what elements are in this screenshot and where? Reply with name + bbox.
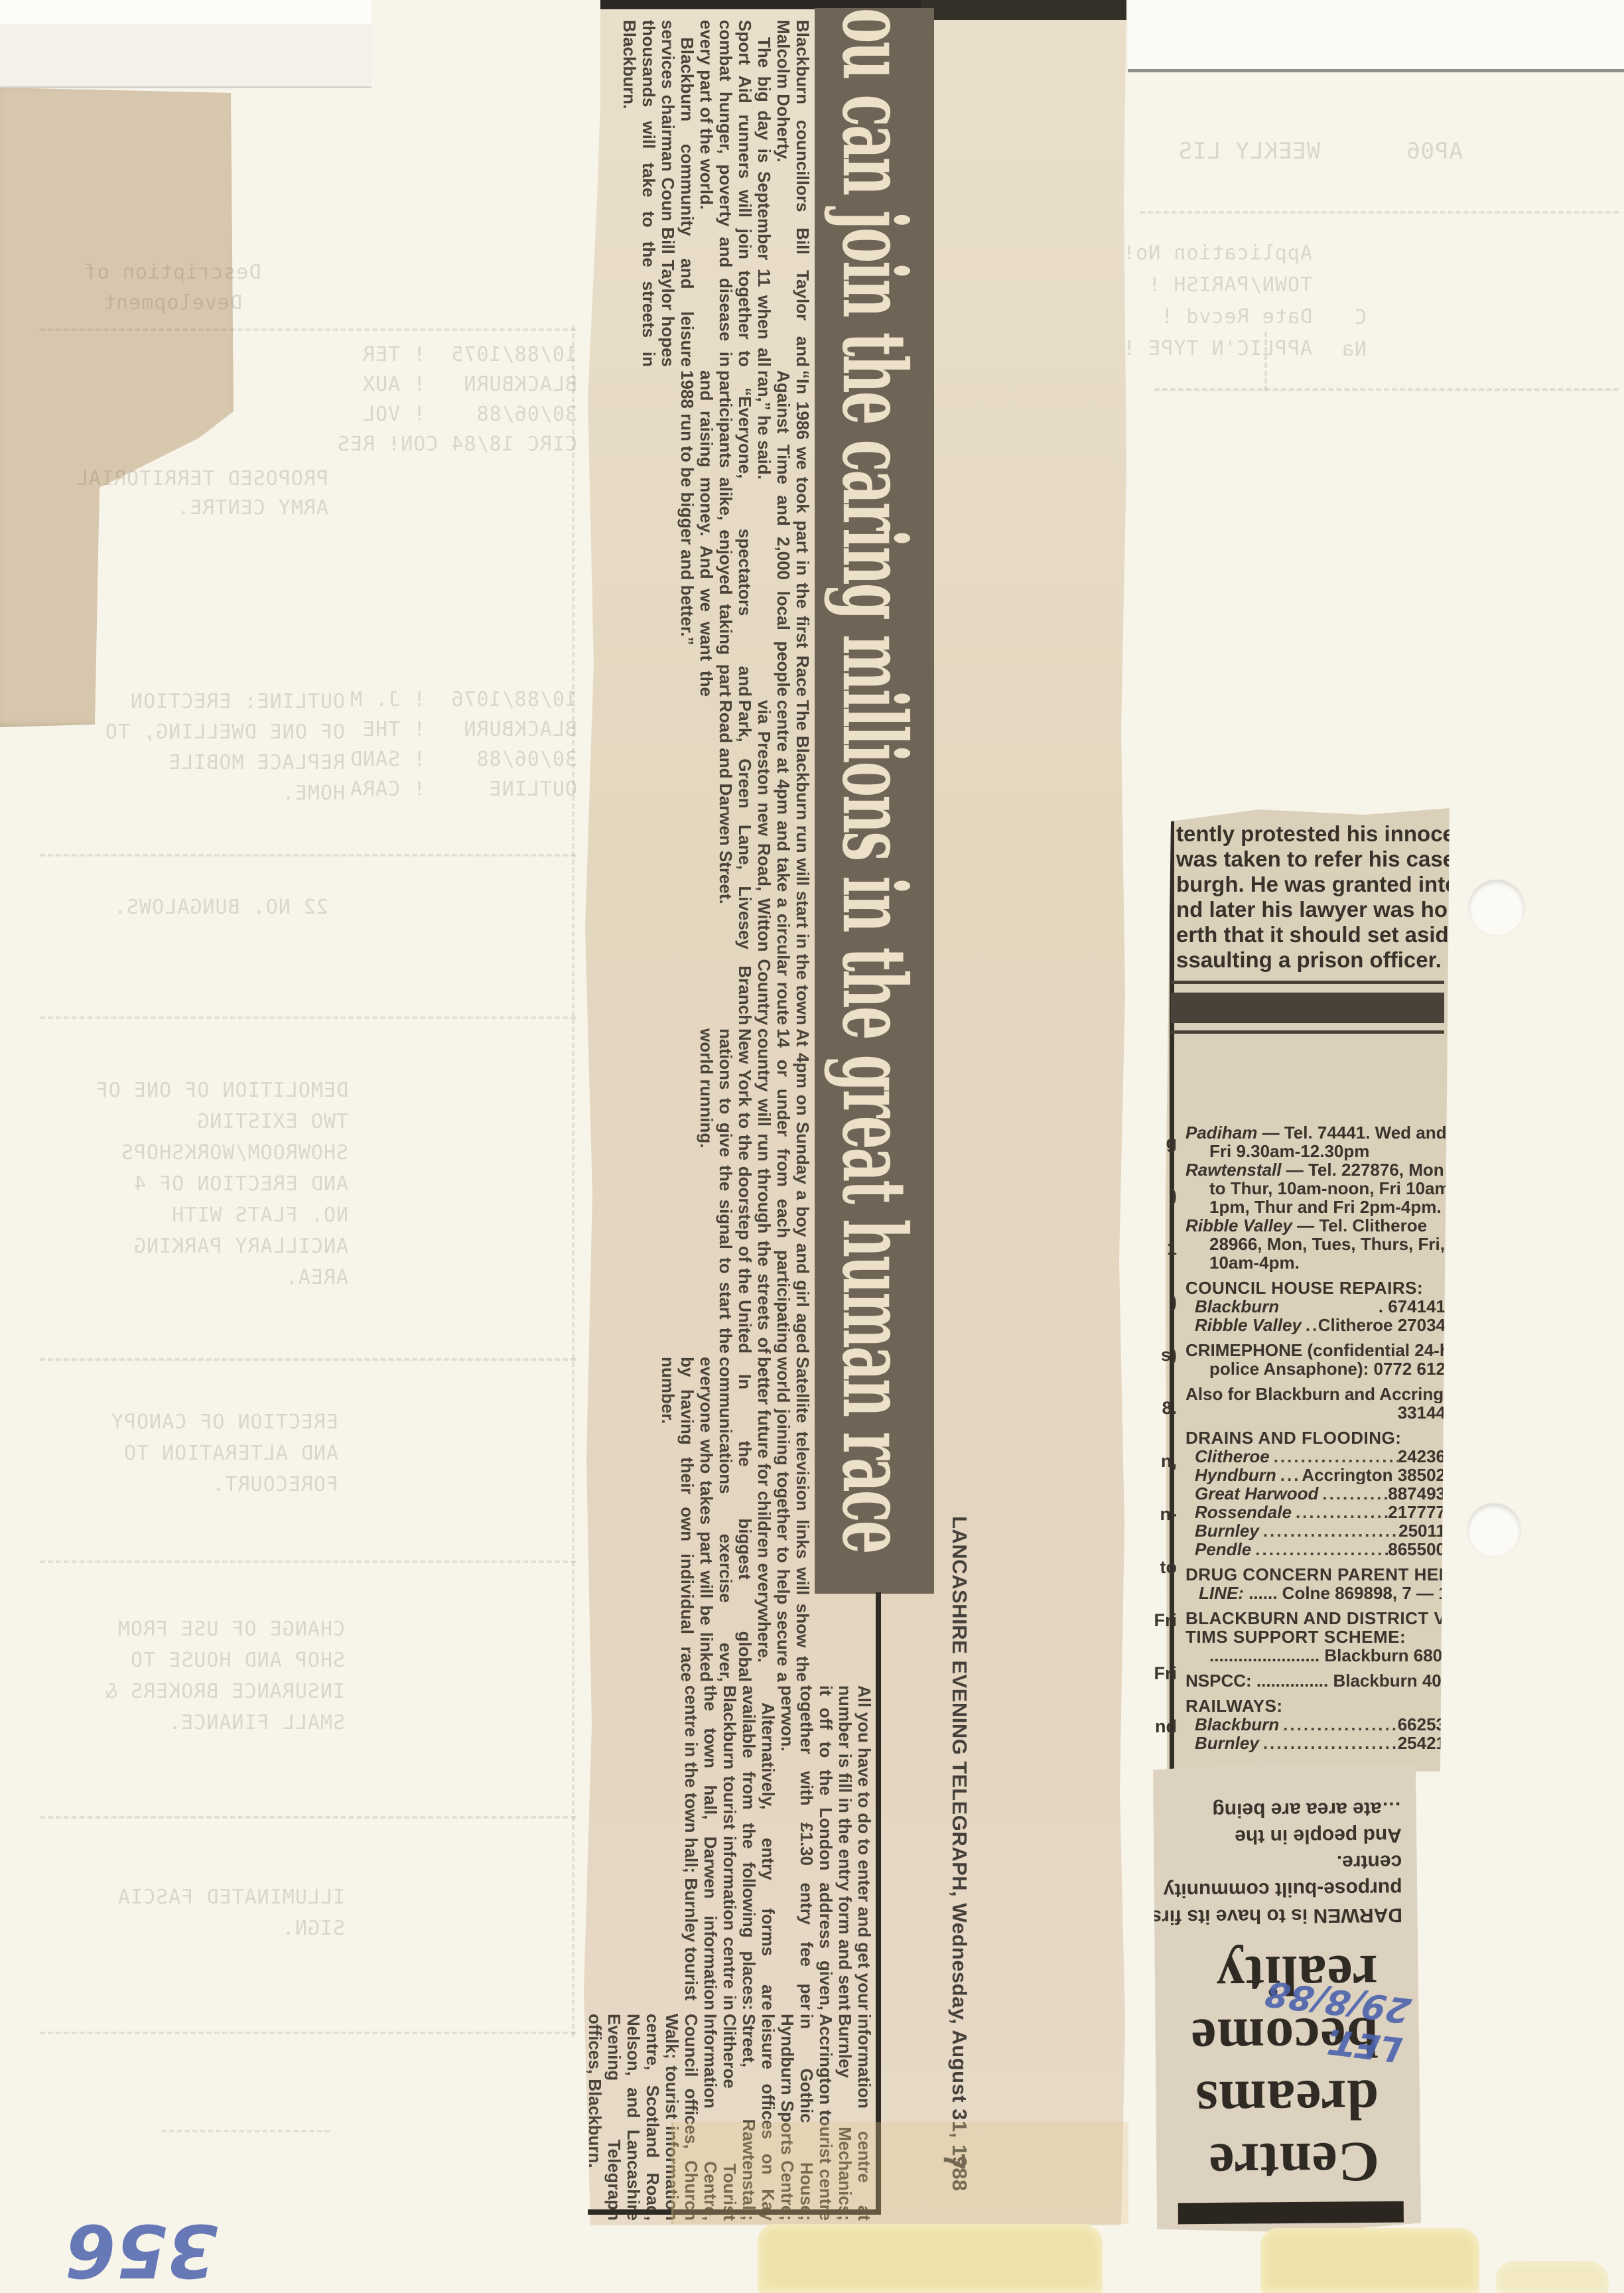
- flipped-headline-word: dreams: [1168, 2069, 1379, 2133]
- contact-number: 887493: [1388, 1484, 1446, 1503]
- bleed-line: C: [1327, 302, 1367, 334]
- contacts-list: Padiham — Tel. 74441. Wed andFri 9.30am-…: [1185, 1123, 1446, 1752]
- bleed-line: OUTLINE: ERECTION: [86, 687, 345, 717]
- contact-name: Burnley: [1185, 1521, 1259, 1540]
- article-paragraph: Satellite television links will show the…: [754, 1357, 812, 1682]
- yellow-tape: [1496, 2261, 1609, 2293]
- contact-line: 33144: [1185, 1403, 1446, 1422]
- contact-name: Blackburn: [1185, 1297, 1279, 1316]
- bleed-line: AND ERECTION OF 4: [83, 1168, 348, 1200]
- contact-name: CRIMEPHONE: [1185, 1341, 1302, 1359]
- edge-fragment: Fri: [1142, 1594, 1177, 1647]
- contact-number: Clitheroe 27034: [1318, 1316, 1446, 1334]
- contact-line: police Ansaphone): 0772 612222: [1185, 1359, 1446, 1378]
- bleed-row-outline-dwelling: OUTLINE: ERECTIONOF ONE DWELLING, TOREPL…: [86, 687, 345, 809]
- contact-number: 217777: [1388, 1503, 1446, 1521]
- article-paragraph: The big day is September 11 when all Spo…: [697, 20, 774, 367]
- clipping-top-line: ssaulting a prison officer.: [1176, 947, 1448, 973]
- contact-text: 33144: [1398, 1403, 1446, 1422]
- bleed-dash-line: [40, 854, 576, 857]
- article-column-4: At 4pm on Sunday a boy and girl aged 14 …: [580, 1023, 813, 1359]
- contact-line: BLACKBURN AND DISTRICT VIC: [1185, 1609, 1446, 1628]
- bleed-line: INSURANCE BROKERS &: [86, 1676, 345, 1707]
- contact-line: TIMS SUPPORT SCHEME:: [1185, 1628, 1446, 1646]
- contact-name: NSPCC:: [1185, 1671, 1252, 1690]
- contact-text: BLACKBURN AND DISTRICT VIC: [1185, 1609, 1446, 1628]
- strip-headline: ou can join the caring millions in the g…: [815, 8, 934, 1553]
- dot-leader: ......: [1302, 1316, 1318, 1334]
- masthead: LANCASHIRE EVENING TELEGRAPH, Wednesday,…: [937, 1516, 971, 2100]
- contact-text: RAILWAYS:: [1185, 1697, 1283, 1715]
- bleed-dash-line: [1140, 211, 1619, 214]
- bleed-line: 10/88/1075 ! TER: [348, 340, 577, 370]
- contact-number: 66253: [1398, 1715, 1446, 1734]
- tape-band: [671, 2122, 1128, 2224]
- punch-hole: [1467, 1503, 1521, 1557]
- contact-line: Ribble Valley — Tel. Clitheroe: [1185, 1216, 1446, 1235]
- bleed-line: CHANGE OF USE FROM: [86, 1614, 345, 1645]
- bleed-line: 30/06/88 ! VOL: [348, 399, 577, 429]
- contact-line: Blackburn........................66253: [1185, 1715, 1446, 1734]
- contact-line: ....................... Blackburn 68044: [1185, 1646, 1446, 1665]
- edge-fragment: n,: [1142, 1434, 1177, 1488]
- dot-leader: ...............: [1318, 1484, 1388, 1503]
- bleed-line: SIGN.: [106, 1913, 345, 1944]
- scanned-scrapbook-page: AP06 WEEKLY LIS Application No!TOWN/PARI…: [0, 0, 1624, 2293]
- article-paragraph: In the biggest global communications exe…: [658, 1357, 754, 1682]
- contact-line: [1185, 1272, 1446, 1279]
- contact-line: DRUG CONCERN PARENT HELP: [1185, 1565, 1446, 1584]
- contact-name: Padiham: [1185, 1123, 1257, 1142]
- handwritten-number: 356: [78, 2208, 218, 2293]
- yellow-tape: [1260, 2228, 1479, 2293]
- edge-fragment: 1: [1142, 1222, 1177, 1275]
- flipped-body: DARWEN is to have its firstpurpose-built…: [1165, 1795, 1402, 1929]
- contact-line: COUNCIL HOUSE REPAIRS:: [1185, 1279, 1446, 1297]
- bleed-line: SHOWROOM/WORKSHOPS: [83, 1137, 348, 1168]
- bleed-line: APPLIC'N TYPE !: [1156, 333, 1312, 365]
- bleed-line: PROPOSED TERRITORIAL: [90, 464, 328, 494]
- top-left-sheet-band: [0, 24, 372, 88]
- contact-line: Ribble Valley......Clitheroe 27034: [1185, 1316, 1446, 1334]
- bleed-row-bungalows: 22 NO. BUNGALOWS.: [109, 892, 328, 923]
- article-paragraph: Blackburn community and leisure services…: [620, 20, 697, 367]
- bleed-dash-line: [40, 1561, 576, 1563]
- clipping-top-line: was taken to refer his case to: [1176, 847, 1448, 872]
- bleed-form-labels: Application No!TOWN/PARISH !Date Recvd !…: [1156, 238, 1312, 365]
- bleed-line: NO. FLATS WITH: [83, 1200, 348, 1231]
- contact-text: (confidential 24-hou: [1302, 1341, 1446, 1359]
- flipped-body-line: And people in the: [1166, 1821, 1402, 1850]
- bleed-vdash: [1264, 332, 1267, 391]
- contact-text: 1pm, Thur and Fri 2pm-4pm.: [1209, 1198, 1442, 1216]
- bleed-line: BLACKBURN ! AUX: [348, 370, 577, 399]
- contact-number: 865500: [1388, 1540, 1446, 1559]
- contact-line: RAILWAYS:: [1185, 1697, 1446, 1715]
- bleed-row-change-of-use: CHANGE OF USE FROMSHOP AND HOUSE TOINSUR…: [86, 1614, 345, 1738]
- contact-number: . 674141: [1379, 1297, 1446, 1316]
- article-column-3: The Blackburn run will start in the town…: [580, 695, 813, 1030]
- punch-hole: [1469, 880, 1524, 936]
- contact-number: 24236: [1398, 1447, 1446, 1466]
- bleed-line: DEMOLITION OF ONE OF: [83, 1075, 348, 1106]
- contact-text: COUNCIL HOUSE REPAIRS:: [1185, 1279, 1423, 1297]
- article-column-1: Blackburn councillors Bill Taylor and Ma…: [580, 15, 813, 372]
- bleed-dash-line: [1154, 388, 1619, 391]
- clipping-top-line: nd later his lawyer was hoping: [1176, 897, 1448, 922]
- contact-text: DRAINS AND FLOODING:: [1185, 1428, 1401, 1447]
- article-paragraph: Alternatively, entry forms are available…: [681, 1685, 778, 2010]
- contact-text: to Thur, 10am-noon, Fri 10am-: [1209, 1179, 1446, 1198]
- contact-line: [1185, 1422, 1446, 1428]
- contact-name: Blackburn: [1185, 1715, 1279, 1734]
- contact-name: Great Harwood: [1185, 1484, 1318, 1503]
- contact-line: NSPCC: ............... Blackburn 40633: [1185, 1671, 1446, 1690]
- contact-line: Hyndburn......Accrington 38502: [1185, 1466, 1446, 1484]
- contact-line: 28966, Mon, Tues, Thurs, Fri,: [1185, 1235, 1446, 1253]
- bleed-codes-2: 10/88/1076 ! J. MBLACKBURN ! THE30/06/88…: [348, 685, 577, 804]
- bleed-line: ERECTION OF CANOPY: [93, 1407, 338, 1438]
- contact-line: LINE: ...... Colne 869898, 7 — 11pm: [1185, 1584, 1446, 1602]
- contact-line: Padiham — Tel. 74441. Wed and: [1185, 1123, 1446, 1142]
- flipped-headline-word: Centre: [1168, 2131, 1380, 2195]
- contact-line: 10am-4pm.: [1185, 1253, 1446, 1272]
- contact-line: 1pm, Thur and Fri 2pm-4pm.: [1185, 1198, 1446, 1216]
- dot-leader: ...........................: [1259, 1734, 1398, 1752]
- contact-name: Burnley: [1185, 1734, 1259, 1752]
- contact-name: Rawtenstall: [1185, 1160, 1282, 1179]
- bleed-line: HOME.: [86, 778, 345, 809]
- bleed-vdash-column: [572, 325, 575, 2037]
- bleed-line: 30/06/88 ! SAND: [348, 744, 577, 774]
- bleed-row-demolition: DEMOLITION OF ONE OFTWO EXISTINGSHOWROOM…: [83, 1075, 348, 1293]
- bleed-line: FORECOURT.: [93, 1469, 338, 1500]
- article-paragraph: “In 1986 we took part in the first Race …: [754, 370, 812, 697]
- contact-text: Fri 9.30am-12.30pm: [1209, 1142, 1369, 1160]
- bleed-fragments: CNa: [1327, 302, 1367, 366]
- article-paragraph: At 4pm on Sunday a boy and girl aged 14 …: [697, 1028, 812, 1354]
- article-paragraph: All you have to do to enter and get your…: [778, 1685, 874, 2010]
- article-paragraph: Blackburn councillors Bill Taylor and Ma…: [774, 20, 812, 367]
- dot-leader: ...........................: [1270, 1447, 1398, 1466]
- contact-line: [1185, 1378, 1446, 1385]
- dot-leader: ..............................: [1259, 1521, 1398, 1540]
- contact-number: Accrington 38502: [1302, 1466, 1446, 1484]
- bleed-dash-line: [40, 1358, 576, 1361]
- thin-rule: [1171, 1030, 1444, 1034]
- bleed-dash-line: [40, 1016, 576, 1019]
- contact-text: ............... Blackburn 40633: [1252, 1671, 1446, 1690]
- bleed-form-header: AP06 WEEKLY LIS: [1131, 136, 1463, 167]
- bleed-codes-1: 10/88/1075 ! TERBLACKBURN ! AUX30/06/88 …: [348, 340, 577, 459]
- contact-line: Pendle.............................86550…: [1185, 1540, 1446, 1559]
- contact-text: — Tel. 74441. Wed and: [1257, 1123, 1446, 1142]
- contact-line: Great Harwood...............887493: [1185, 1484, 1446, 1503]
- contact-name: Ribble Valley: [1185, 1316, 1302, 1334]
- contact-text: Also for Blackburn and Accrington: [1185, 1385, 1446, 1403]
- contact-name: Rossendale: [1185, 1503, 1292, 1521]
- bleed-row-territorial: PROPOSED TERRITORIALARMY CENTRE.: [90, 464, 328, 523]
- thick-rule: [1171, 993, 1444, 1023]
- article-column-6: All you have to do to enter and get your…: [580, 1680, 875, 2016]
- bleed-line: BLACKBURN ! THE: [348, 715, 577, 744]
- edge-fragment: to: [1142, 1541, 1177, 1594]
- flipped-body-line: centre.: [1166, 1848, 1402, 1876]
- contact-name: Pendle: [1185, 1540, 1251, 1559]
- bleed-line: SHOP AND HOUSE TO: [86, 1645, 345, 1676]
- top-right-sheet-edge: [1128, 0, 1624, 69]
- contact-text: — Tel. Clitheroe: [1292, 1216, 1427, 1235]
- thin-rule: [1171, 981, 1444, 984]
- contact-line: Burnley..............................250…: [1185, 1521, 1446, 1540]
- strip-headline-band: ou can join the caring millions in the g…: [815, 8, 934, 1594]
- contact-name: Clitheroe: [1185, 1447, 1270, 1466]
- edge-fragment: g: [1142, 1116, 1177, 1169]
- article-column-2: “In 1986 we took part in the first Race …: [580, 365, 813, 702]
- contact-line: CRIMEPHONE (confidential 24-hou: [1185, 1341, 1446, 1359]
- edge-fragment: 8.: [1142, 1381, 1177, 1434]
- headline-top-rule: [1178, 2201, 1404, 2224]
- contact-line: [1185, 1665, 1446, 1671]
- contact-line: Rossendale......................217777: [1185, 1503, 1446, 1521]
- bleed-line: CIRC 18/84 CON! RES: [348, 429, 577, 459]
- bleed-line: TWO EXISTING: [83, 1106, 348, 1137]
- contact-line: DRAINS AND FLOODING:: [1185, 1428, 1446, 1447]
- contact-number: 25421: [1398, 1734, 1446, 1752]
- bleed-line: Date Recvd !: [1156, 301, 1312, 333]
- contact-text: 10am-4pm.: [1209, 1253, 1300, 1272]
- contact-line: [1185, 1690, 1446, 1697]
- bleed-line: OF ONE DWELLING, TO: [86, 717, 345, 748]
- contact-text: TIMS SUPPORT SCHEME:: [1185, 1628, 1406, 1646]
- dot-leader: ......: [1276, 1466, 1302, 1484]
- contact-line: Blackburn. 674141: [1185, 1297, 1446, 1316]
- contact-line: Also for Blackburn and Accrington: [1185, 1385, 1446, 1403]
- edge-fragment: nd: [1142, 1700, 1177, 1753]
- bleed-line: Development: [63, 288, 282, 318]
- bleed-row-fascia-sign: ILLUMINATED FASCIASIGN.: [106, 1882, 345, 1944]
- contact-line: to Thur, 10am-noon, Fri 10am-: [1185, 1179, 1446, 1198]
- bleed-line: Na: [1327, 334, 1367, 366]
- edge-fragments: g)1)s)8.n,n-toFriFrind: [1142, 1116, 1177, 1753]
- flipped-body-line: purpose-built community: [1166, 1874, 1402, 1903]
- clipping-top-line: erth that it should set aside a: [1176, 922, 1448, 947]
- dot-leader: [1279, 1297, 1379, 1316]
- dot-leader: ......................: [1292, 1503, 1388, 1521]
- bleed-line: ILLUMINATED FASCIA: [106, 1882, 345, 1913]
- bleed-line: ANCILLARY PARKING: [83, 1231, 348, 1262]
- flipped-body-line: DARWEN is to have its first: [1166, 1901, 1402, 1929]
- contact-name: Hyndburn: [1185, 1466, 1276, 1484]
- article-paragraph: “Everyone, spectators and participants a…: [677, 370, 754, 697]
- bleed-line: AND ALTERATION TO: [93, 1438, 338, 1469]
- edge-fragment: Fri: [1142, 1647, 1177, 1700]
- bleed-line: OUTLINE ! CARA: [348, 774, 577, 804]
- edge-fragment: s): [1142, 1328, 1177, 1381]
- bleed-desc-header: Description ofDevelopment: [63, 257, 282, 318]
- edge-fragment: ): [1142, 1169, 1177, 1222]
- bleed-dash-line: [161, 2130, 330, 2132]
- edge-fragment: ): [1142, 1275, 1177, 1328]
- contact-line: [1185, 1559, 1446, 1565]
- contact-line: Rawtenstall — Tel. 227876, Mon: [1185, 1160, 1446, 1179]
- bleed-dash-line: [40, 328, 576, 331]
- top-right-sheet-line: [1128, 69, 1624, 72]
- bleed-line: 10/88/1076 ! J. M: [348, 685, 577, 715]
- contact-text: DRUG CONCERN PARENT HELP: [1185, 1565, 1446, 1584]
- edge-fragment: n-: [1142, 1488, 1177, 1541]
- tan-under-sheet: [0, 88, 239, 727]
- bleed-row-canopy: ERECTION OF CANOPYAND ALTERATION TOFOREC…: [93, 1407, 338, 1500]
- contact-text: ...... Colne 869898, 7 — 11pm: [1244, 1584, 1446, 1602]
- contact-name: LINE:: [1199, 1584, 1244, 1602]
- clipping-top-line: tently protested his innocence: [1176, 821, 1448, 847]
- contact-name: Ribble Valley: [1185, 1216, 1292, 1235]
- clipping-top-paragraph: tently protested his innocencewas taken …: [1176, 821, 1448, 973]
- contact-line: [1185, 1334, 1446, 1341]
- bleed-line: ARMY CENTRE.: [90, 494, 328, 523]
- dot-leader: .............................: [1251, 1540, 1388, 1559]
- top-left-sheet-edge: [0, 0, 372, 24]
- bleed-line: Description of: [63, 257, 282, 288]
- contacts-clipping: tently protested his innocencewas taken …: [1166, 804, 1451, 1772]
- bleed-line: Application No!: [1156, 238, 1312, 269]
- bleed-line: REPLACE MOBILE: [86, 748, 345, 778]
- contact-line: [1185, 1602, 1446, 1609]
- contact-line: Fri 9.30am-12.30pm: [1185, 1142, 1446, 1160]
- bleed-line: AREA.: [83, 1262, 348, 1293]
- strip-top-edge-thick: [921, 0, 1126, 20]
- contact-text: — Tel. 227876, Mon: [1282, 1160, 1444, 1179]
- article-column-5: Satellite television links will show the…: [580, 1352, 813, 1687]
- bleed-dash-line: [40, 2032, 576, 2034]
- bleed-line: TOWN/PARISH !: [1156, 269, 1312, 301]
- contact-number: 25011: [1398, 1521, 1446, 1540]
- yellow-tape: [758, 2224, 1103, 2293]
- bleed-line: 22 NO. BUNGALOWS.: [109, 892, 328, 923]
- bleed-line: SMALL FINANCE.: [86, 1707, 345, 1738]
- contact-line: Burnley...........................25421: [1185, 1734, 1446, 1752]
- bleed-dash-line: [40, 1816, 576, 1819]
- contact-text: 28966, Mon, Tues, Thurs, Fri,: [1209, 1235, 1445, 1253]
- article-paragraph: The Blackburn run will start in the town…: [716, 700, 812, 1025]
- contact-text: police Ansaphone): 0772 612222: [1209, 1359, 1446, 1378]
- dot-leader: ........................: [1279, 1715, 1398, 1734]
- contact-line: Clitheroe...........................2423…: [1185, 1447, 1446, 1466]
- flipped-body-line: …ate area are being: [1165, 1795, 1401, 1823]
- contact-text: ....................... Blackburn 68044: [1209, 1646, 1446, 1665]
- clipping-top-line: burgh. He was granted interim: [1176, 872, 1448, 897]
